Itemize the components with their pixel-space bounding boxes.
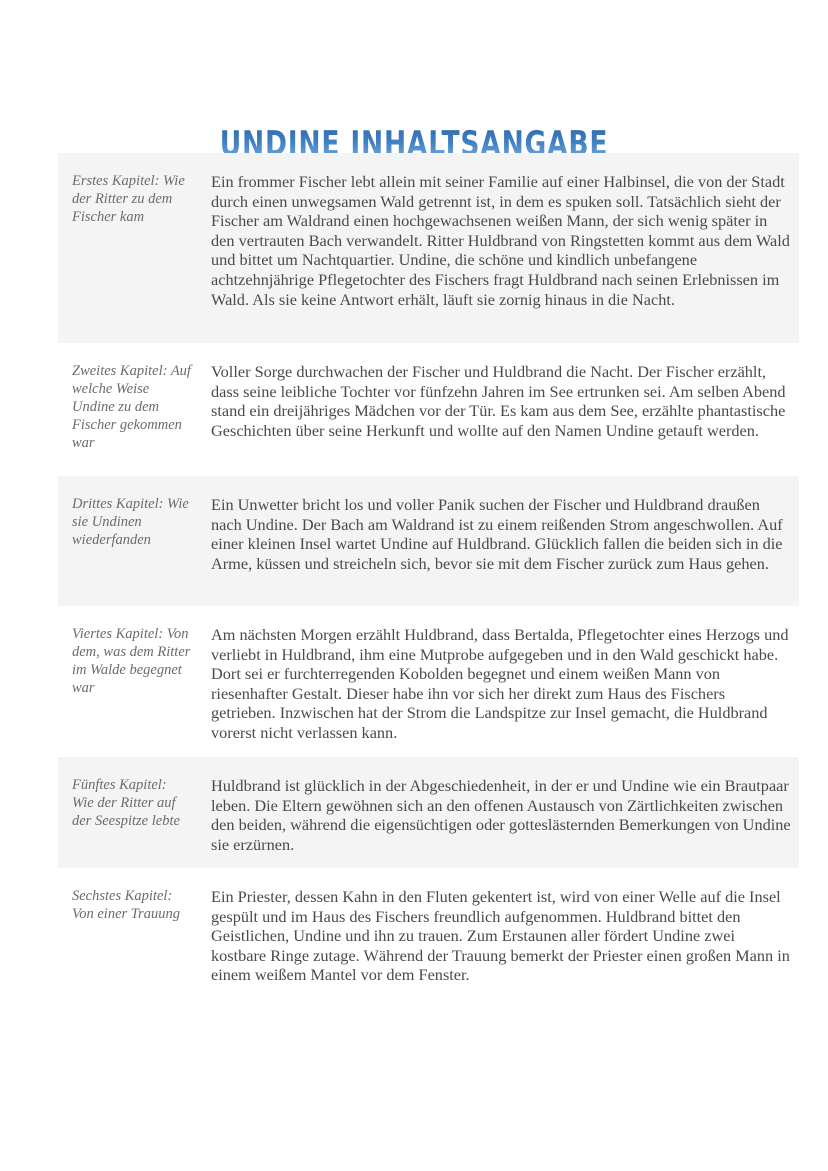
chapter-label: Fünftes Kapitel: Wie der Ritter auf der … — [58, 757, 197, 868]
chapter-label: Erstes Kapitel: Wie der Ritter zu dem Fi… — [58, 153, 197, 343]
chapter-row-1: Erstes Kapitel: Wie der Ritter zu dem Fi… — [58, 153, 799, 343]
chapter-label: Sechstes Kapitel: Von einer Trauung — [58, 868, 197, 990]
chapter-row-2: Zweites Kapitel: Auf welche Weise Undine… — [58, 343, 799, 476]
chapter-row-5: Fünftes Kapitel: Wie der Ritter auf der … — [58, 757, 799, 868]
chapter-summary: Voller Sorge durchwachen der Fischer und… — [197, 343, 799, 476]
chapter-summary: Am nächsten Morgen erzählt Huldbrand, da… — [197, 606, 799, 757]
chapter-row-3: Drittes Kapitel: Wie sie Undinen wiederf… — [58, 476, 799, 606]
chapter-summary: Ein Unwetter bricht los und voller Panik… — [197, 476, 799, 606]
chapter-row-6: Sechstes Kapitel: Von einer Trauung Ein … — [58, 868, 799, 990]
chapter-label: Viertes Kapitel: Von dem, was dem Ritter… — [58, 606, 197, 757]
chapter-summary: Ein frommer Fischer lebt allein mit sein… — [197, 153, 799, 343]
chapter-summary: Huldbrand ist glücklich in der Abgeschie… — [197, 757, 799, 868]
chapter-summary: Ein Priester, dessen Kahn in den Fluten … — [197, 868, 799, 990]
chapter-label: Drittes Kapitel: Wie sie Undinen wiederf… — [58, 476, 197, 606]
chapter-label: Zweites Kapitel: Auf welche Weise Undine… — [58, 343, 197, 476]
chapter-row-4: Viertes Kapitel: Von dem, was dem Ritter… — [58, 606, 799, 757]
chapter-summary-table: Erstes Kapitel: Wie der Ritter zu dem Fi… — [58, 153, 799, 990]
